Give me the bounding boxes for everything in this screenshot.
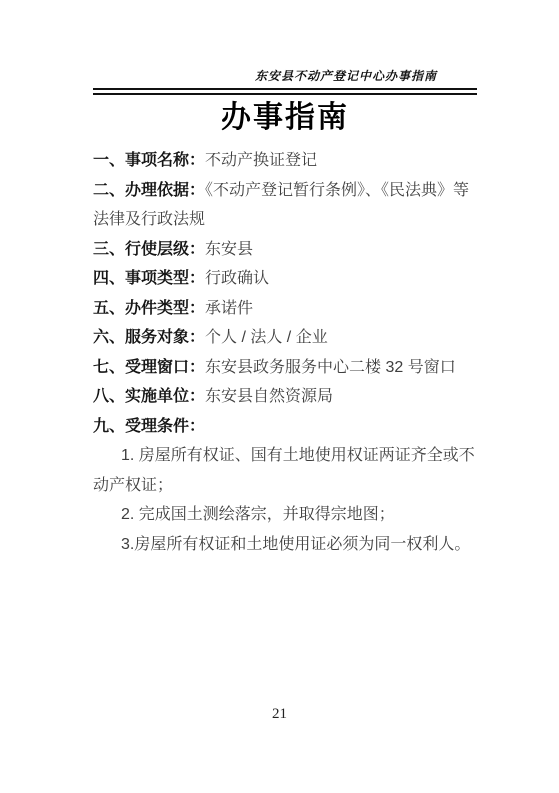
item-value: 东安县政务服务中心二楼 32 号窗口 (205, 359, 456, 376)
condition-item: 1. 房屋所有权证、国有土地使用权证两证齐全或不动产权证； (93, 441, 479, 500)
guide-item: 九、受理条件： (93, 412, 479, 442)
condition-list: 1. 房屋所有权证、国有土地使用权证两证齐全或不动产权证；2. 完成国土测绘落宗… (93, 441, 479, 559)
item-value: 东安县 (205, 241, 253, 258)
guide-item: 二、办理依据：《不动产登记暂行条例》、《民法典》等法律及行政法规 (93, 176, 479, 235)
item-label: 二、办理依据： (93, 182, 205, 199)
guide-item: 六、服务对象：个人 / 法人 / 企业 (93, 323, 479, 353)
guide-item: 一、事项名称：不动产换证登记 (93, 146, 479, 176)
item-value: 不动产换证登记 (205, 152, 317, 169)
item-label: 七、受理窗口： (93, 359, 205, 376)
page-number: 21 (0, 706, 559, 723)
page-title: 办事指南 (93, 99, 477, 137)
item-value: 东安县自然资源局 (205, 388, 333, 405)
document-page: 东安县不动产登记中心办事指南 办事指南 一、事项名称：不动产换证登记二、办理依据… (0, 0, 559, 793)
item-label: 五、办件类型： (93, 300, 205, 317)
guide-item: 四、事项类型：行政确认 (93, 264, 479, 294)
guide-item: 三、行使层级：东安县 (93, 235, 479, 265)
item-label: 九、受理条件： (93, 418, 205, 435)
guide-item: 五、办件类型：承诺件 (93, 294, 479, 324)
guide-body: 一、事项名称：不动产换证登记二、办理依据：《不动产登记暂行条例》、《民法典》等法… (93, 146, 479, 559)
item-label: 三、行使层级： (93, 241, 205, 258)
item-label: 四、事项类型： (93, 270, 205, 287)
condition-item: 3.房屋所有权证和土地使用证必须为同一权利人。 (93, 530, 479, 560)
item-list: 一、事项名称：不动产换证登记二、办理依据：《不动产登记暂行条例》、《民法典》等法… (93, 146, 479, 441)
header-running-title: 东安县不动产登记中心办事指南 (93, 67, 477, 84)
condition-item: 2. 完成国土测绘落宗，并取得宗地图； (93, 500, 479, 530)
item-value: 承诺件 (205, 300, 253, 317)
item-label: 八、实施单位： (93, 388, 205, 405)
item-value: 行政确认 (205, 270, 269, 287)
header-double-rule (93, 88, 477, 95)
guide-item: 七、受理窗口：东安县政务服务中心二楼 32 号窗口 (93, 353, 479, 383)
item-label: 六、服务对象： (93, 329, 205, 346)
item-value: 个人 / 法人 / 企业 (205, 329, 328, 346)
item-label: 一、事项名称： (93, 152, 205, 169)
guide-item: 八、实施单位：东安县自然资源局 (93, 382, 479, 412)
